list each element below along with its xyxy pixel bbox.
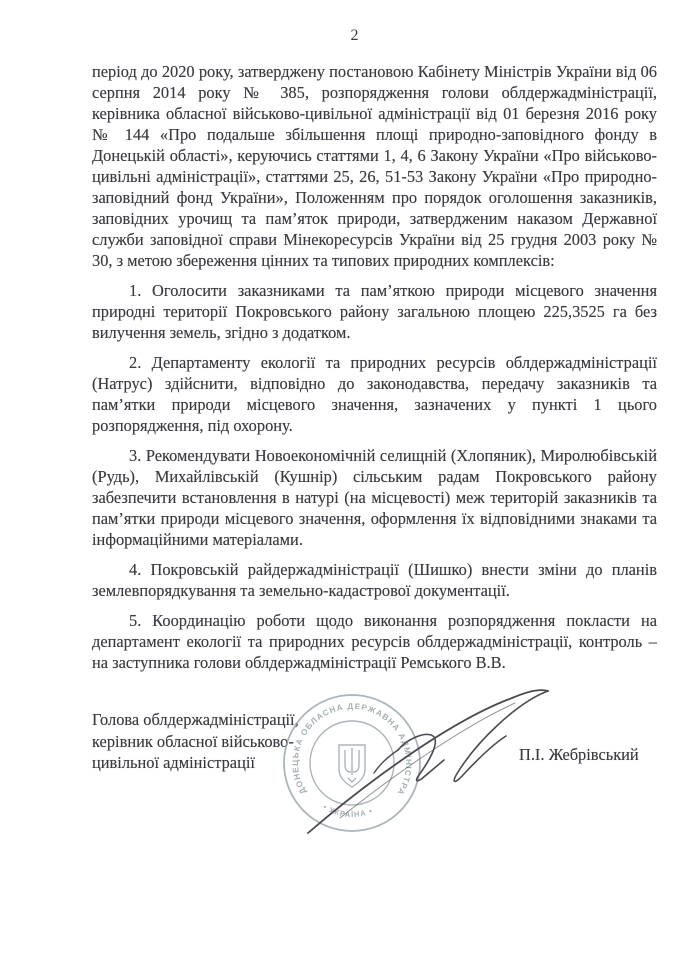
document-page: 2 період до 2020 року, затверджену поста…: [0, 0, 679, 960]
paragraph-item-5: 5. Координацію роботи щодо виконання роз…: [92, 610, 657, 673]
paragraph-item-3: 3. Рекомендувати Новоекономічній селищні…: [92, 445, 657, 550]
signature-scrawl: [280, 678, 570, 848]
document-body: період до 2020 року, затверджену постано…: [92, 61, 657, 682]
paragraph-intro: період до 2020 року, затверджену постано…: [92, 61, 657, 271]
paragraph-item-1: 1. Оголосити заказниками та пам’яткою пр…: [92, 280, 657, 343]
page-number: 2: [92, 27, 617, 45]
paragraph-item-2: 2. Департаменту екології та природних ре…: [92, 352, 657, 436]
paragraph-item-4: 4. Покровській райдержадміністрації (Шиш…: [92, 559, 657, 601]
